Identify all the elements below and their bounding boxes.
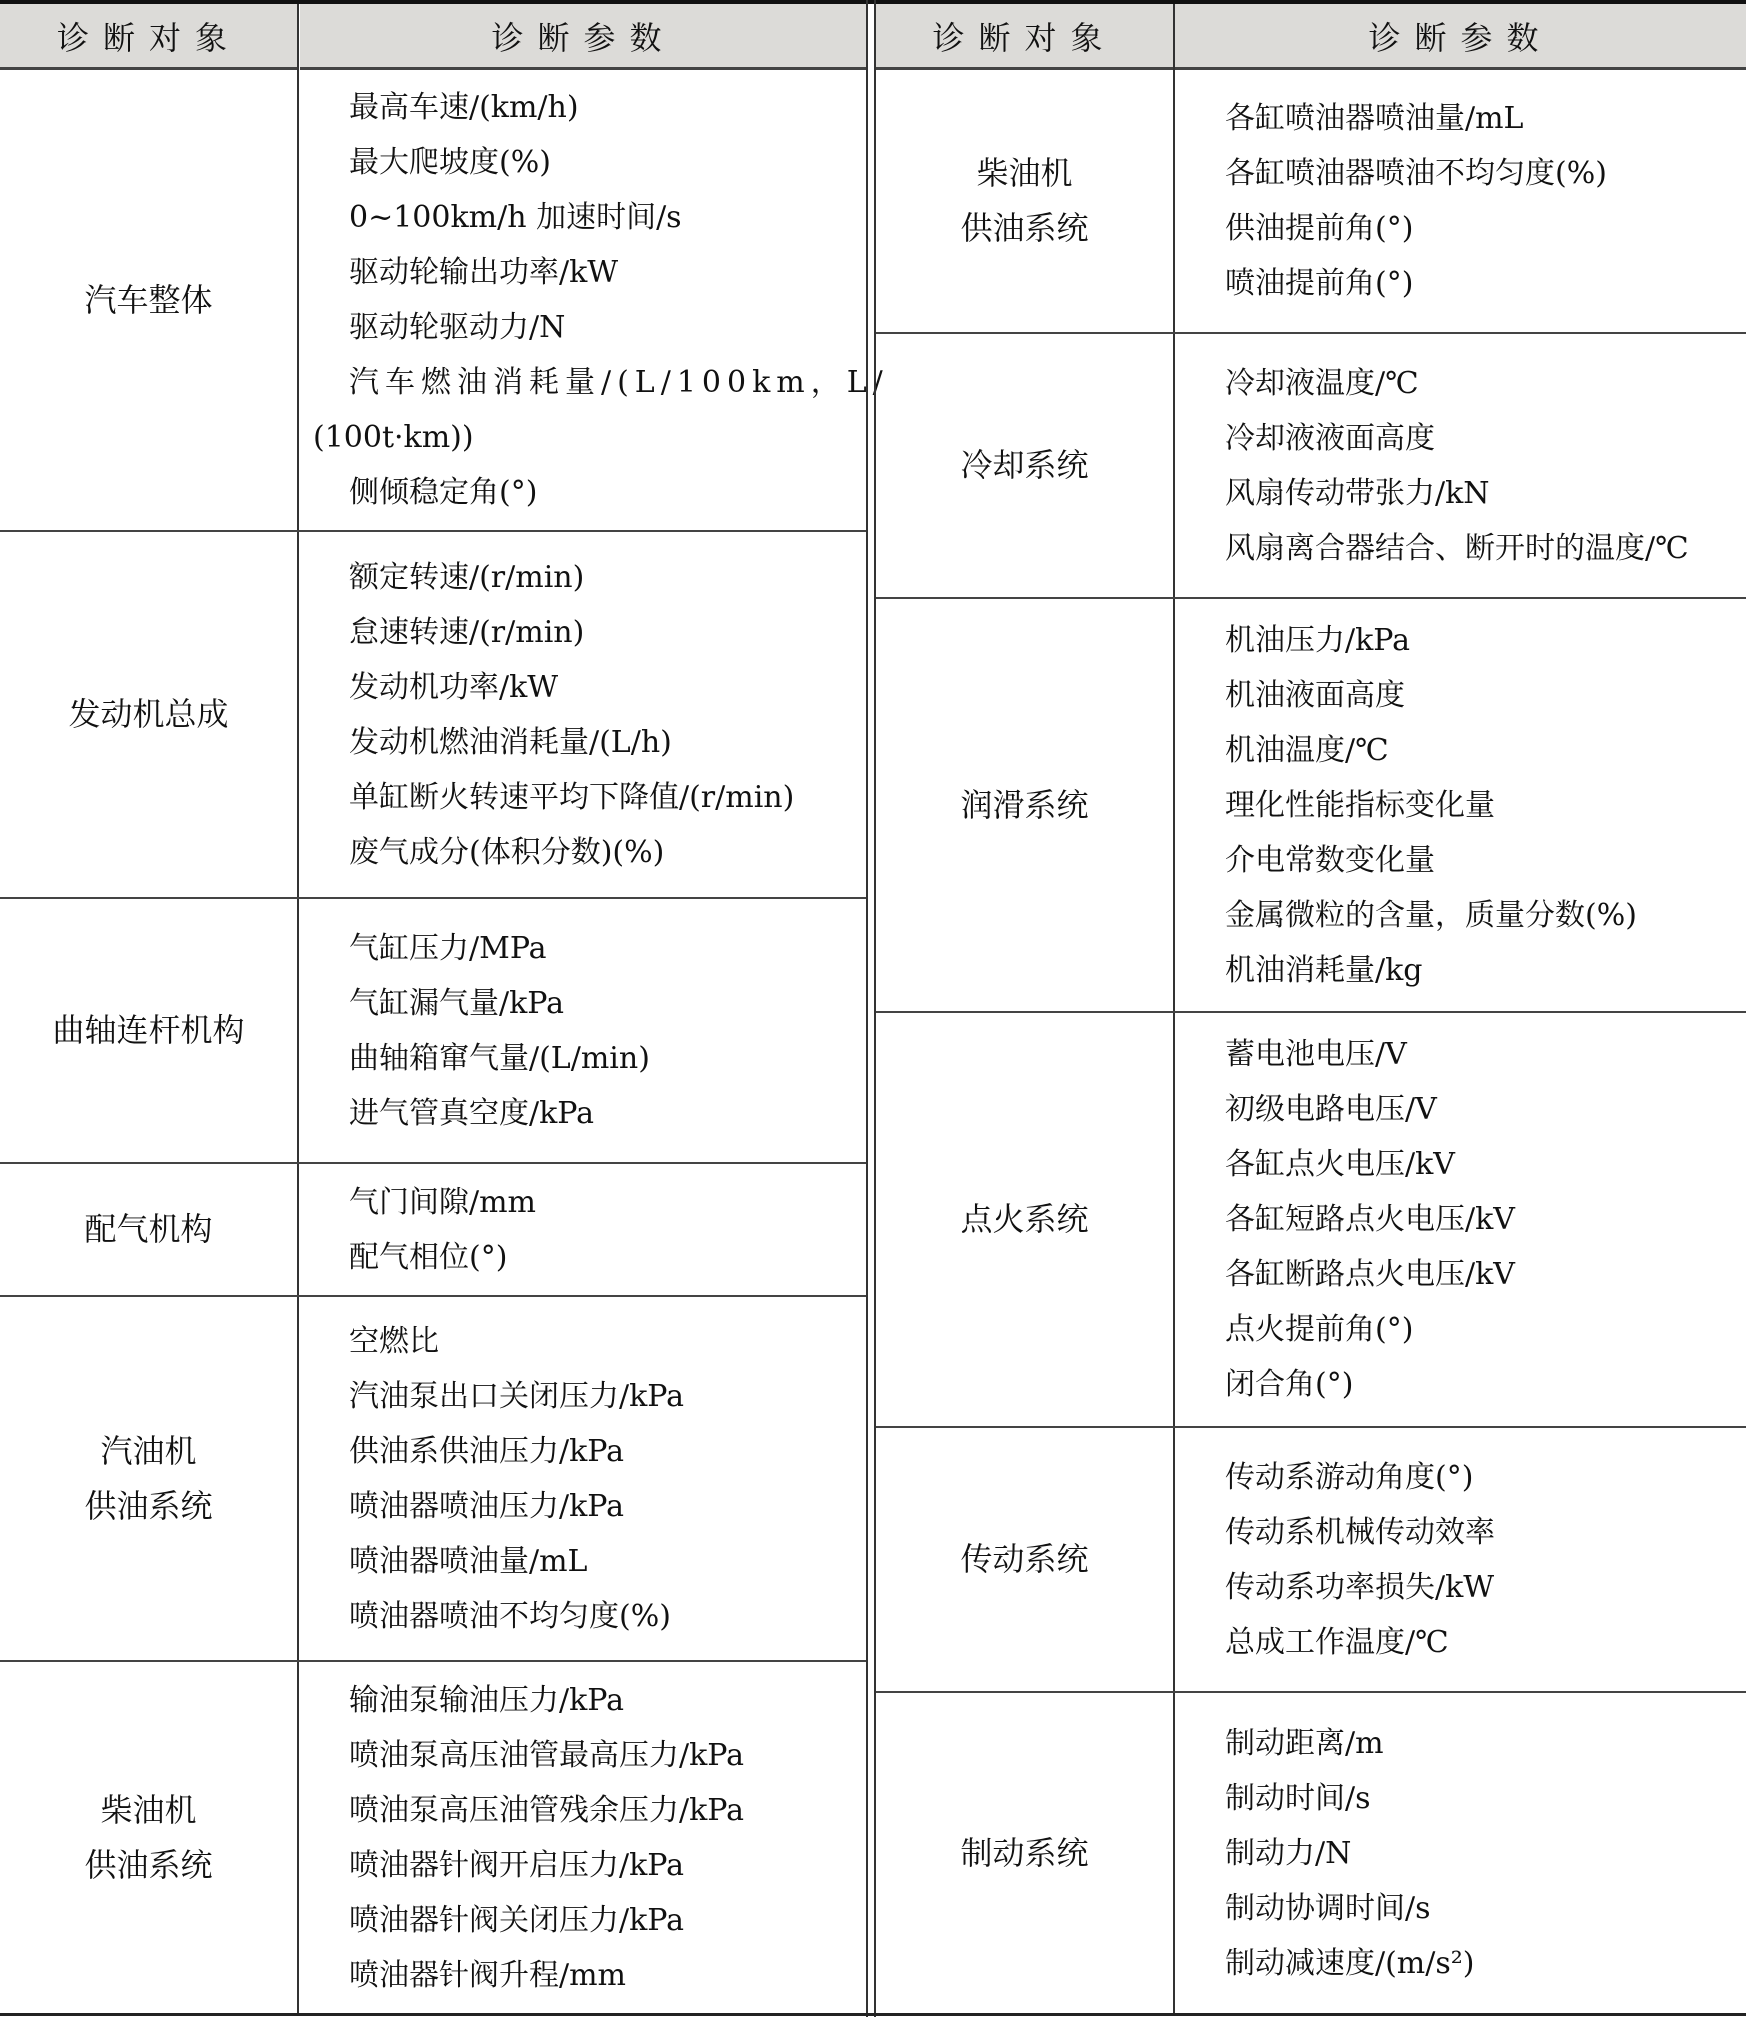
- table-row: 冷却系统 冷却液温度/℃ 冷却液液面高度 风扇传动带张力/kN 风扇离合器结合、…: [876, 334, 1746, 599]
- param: 传动系机械传动效率: [1225, 1505, 1495, 1560]
- param: 气门间隙/mm: [349, 1175, 536, 1230]
- param: 风扇传动带张力/kN: [1225, 466, 1689, 521]
- object-label: 柴油机: [100, 1783, 196, 1838]
- param: 喷油泵高压油管残余压力/kPa: [349, 1783, 744, 1838]
- table-row: 点火系统 蓄电池电压/V 初级电路电压/V 各缸点火电压/kV 各缸短路点火电压…: [876, 1013, 1746, 1428]
- row-object: 汽车整体: [0, 70, 297, 530]
- param: 配气相位(°): [349, 1230, 536, 1285]
- row-params: 各缸喷油器喷油量/mL 各缸喷油器喷油不均匀度(%) 供油提前角(°) 喷油提前…: [1225, 70, 1607, 332]
- param: 蓄电池电压/V: [1225, 1027, 1515, 1082]
- row-object: 曲轴连杆机构: [0, 899, 297, 1162]
- param: 各缸断路点火电压/kV: [1225, 1247, 1515, 1302]
- param: 单缸断火转速平均下降值/(r/min): [349, 770, 794, 825]
- param: 风扇离合器结合、断开时的温度/℃: [1225, 521, 1689, 576]
- param: 机油温度/℃: [1225, 723, 1637, 778]
- table-row: 柴油机 供油系统 输油泵输油压力/kPa 喷油泵高压油管最高压力/kPa 喷油泵…: [0, 1662, 867, 2013]
- row-object: 配气机构: [0, 1164, 297, 1295]
- row-object: 传动系统: [876, 1428, 1173, 1691]
- param: 总成工作温度/℃: [1225, 1615, 1495, 1670]
- object-label: 曲轴连杆机构: [52, 1003, 244, 1058]
- param: 各缸点火电压/kV: [1225, 1137, 1515, 1192]
- row-params: 气门间隙/mm 配气相位(°): [349, 1164, 536, 1295]
- param: 空燃比: [349, 1314, 684, 1369]
- row-object: 发动机总成: [0, 532, 297, 897]
- object-label: 汽油机: [100, 1424, 196, 1479]
- header-object-label: 诊断对象: [57, 13, 241, 59]
- param: 怠速转速/(r/min): [349, 605, 794, 660]
- param: 传动系功率损失/kW: [1225, 1560, 1495, 1615]
- table-row: 传动系统 传动系游动角度(°) 传动系机械传动效率 传动系功率损失/kW 总成工…: [876, 1428, 1746, 1693]
- row-params: 额定转速/(r/min) 怠速转速/(r/min) 发动机功率/kW 发动机燃油…: [349, 532, 794, 897]
- param: 输油泵输油压力/kPa: [349, 1673, 744, 1728]
- panel-separator-left: [866, 0, 868, 2017]
- object-label: 发动机总成: [68, 687, 228, 742]
- param: 点火提前角(°): [1225, 1302, 1515, 1357]
- left-table: 诊断对象 诊断参数 汽车整体 最高车速/(km/h) 最大爬坡度(%) 0~10…: [0, 4, 867, 2013]
- object-label: 润滑系统: [960, 778, 1088, 833]
- param: 最大爬坡度(%): [349, 135, 889, 190]
- table-row: 制动系统 制动距离/m 制动时间/s 制动力/N 制动协调时间/s 制动减速度/…: [876, 1693, 1746, 2013]
- table-row: 柴油机 供油系统 各缸喷油器喷油量/mL 各缸喷油器喷油不均匀度(%) 供油提前…: [876, 70, 1746, 334]
- param: 机油液面高度: [1225, 668, 1637, 723]
- row-params: 气缸压力/MPa 气缸漏气量/kPa 曲轴箱窜气量/(L/min) 进气管真空度…: [349, 899, 650, 1162]
- object-label: 供油系统: [960, 201, 1088, 256]
- param: 额定转速/(r/min): [349, 550, 794, 605]
- param: 进气管真空度/kPa: [349, 1086, 650, 1141]
- header-params-label: 诊断参数: [491, 13, 675, 59]
- object-label: 柴油机: [976, 146, 1072, 201]
- param: 各缸短路点火电压/kV: [1225, 1192, 1515, 1247]
- row-params: 蓄电池电压/V 初级电路电压/V 各缸点火电压/kV 各缸短路点火电压/kV 各…: [1225, 1013, 1515, 1426]
- row-object: 制动系统: [876, 1693, 1173, 2013]
- param: 制动减速度/(m/s²): [1225, 1936, 1475, 1991]
- param: 各缸喷油器喷油量/mL: [1225, 91, 1607, 146]
- table-bottom-rule: [0, 2013, 1746, 2016]
- object-label: 供油系统: [84, 1838, 212, 1893]
- param: 制动距离/m: [1225, 1716, 1475, 1771]
- row-params: 制动距离/m 制动时间/s 制动力/N 制动协调时间/s 制动减速度/(m/s²…: [1225, 1693, 1475, 2013]
- row-params: 机油压力/kPa 机油液面高度 机油温度/℃ 理化性能指标变化量 介电常数变化量…: [1225, 599, 1637, 1011]
- param: 闭合角(°): [1225, 1357, 1515, 1412]
- table-row: 汽油机 供油系统 空燃比 汽油泵出口关闭压力/kPa 供油系供油压力/kPa 喷…: [0, 1297, 867, 1662]
- row-object: 润滑系统: [876, 599, 1173, 1011]
- param: 机油消耗量/kg: [1225, 943, 1637, 998]
- param: 汽油泵出口关闭压力/kPa: [349, 1369, 684, 1424]
- object-label: 供油系统: [84, 1479, 212, 1534]
- row-object: 汽油机 供油系统: [0, 1297, 297, 1660]
- object-label: 点火系统: [960, 1192, 1088, 1247]
- param: 供油系供油压力/kPa: [349, 1424, 684, 1479]
- table-row: 配气机构 气门间隙/mm 配气相位(°): [0, 1164, 867, 1297]
- param: 废气成分(体积分数)(%): [349, 825, 794, 880]
- param: 驱动轮输出功率/kW: [349, 245, 889, 300]
- param: 制动时间/s: [1225, 1771, 1475, 1826]
- param: 喷油器喷油不均匀度(%): [349, 1589, 684, 1644]
- object-label: 传动系统: [960, 1532, 1088, 1587]
- object-label: 制动系统: [960, 1826, 1088, 1881]
- param: 冷却液液面高度: [1225, 411, 1689, 466]
- row-params: 传动系游动角度(°) 传动系机械传动效率 传动系功率损失/kW 总成工作温度/℃: [1225, 1428, 1495, 1691]
- param: 曲轴箱窜气量/(L/min): [349, 1031, 650, 1086]
- param: 介电常数变化量: [1225, 833, 1637, 888]
- header-params: 诊断参数: [1175, 4, 1746, 70]
- param: 气缸漏气量/kPa: [349, 976, 650, 1031]
- param: 制动力/N: [1225, 1826, 1475, 1881]
- param: 喷油泵高压油管最高压力/kPa: [349, 1728, 744, 1783]
- param: 驱动轮驱动力/N: [349, 300, 889, 355]
- param: 喷油器喷油压力/kPa: [349, 1479, 684, 1534]
- row-params: 最高车速/(km/h) 最大爬坡度(%) 0~100km/h 加速时间/s 驱动…: [349, 70, 889, 530]
- row-params: 输油泵输油压力/kPa 喷油泵高压油管最高压力/kPa 喷油泵高压油管残余压力/…: [349, 1662, 744, 2013]
- table-row: 发动机总成 额定转速/(r/min) 怠速转速/(r/min) 发动机功率/kW…: [0, 532, 867, 899]
- param: 侧倾稳定角(°): [349, 465, 889, 520]
- header-object: 诊断对象: [0, 4, 298, 70]
- param: 喷油器喷油量/mL: [349, 1534, 684, 1589]
- header-object-label: 诊断对象: [932, 13, 1116, 59]
- param: 各缸喷油器喷油不均匀度(%): [1225, 146, 1607, 201]
- table-row: 汽车整体 最高车速/(km/h) 最大爬坡度(%) 0~100km/h 加速时间…: [0, 70, 867, 532]
- row-object: 柴油机 供油系统: [0, 1662, 297, 2013]
- param: 初级电路电压/V: [1225, 1082, 1515, 1137]
- param: 发动机燃油消耗量/(L/h): [349, 715, 794, 770]
- row-object: 冷却系统: [876, 334, 1173, 597]
- param: 气缸压力/MPa: [349, 921, 650, 976]
- header-params: 诊断参数: [300, 4, 867, 70]
- param: 金属微粒的含量，质量分数(%): [1225, 888, 1637, 943]
- table-row: 曲轴连杆机构 气缸压力/MPa 气缸漏气量/kPa 曲轴箱窜气量/(L/min)…: [0, 899, 867, 1164]
- param-continuation: (100t·km)): [313, 410, 889, 465]
- param: 最高车速/(km/h): [349, 80, 889, 135]
- param: 制动协调时间/s: [1225, 1881, 1475, 1936]
- table-row: 润滑系统 机油压力/kPa 机油液面高度 机油温度/℃ 理化性能指标变化量 介电…: [876, 599, 1746, 1013]
- object-label: 冷却系统: [960, 438, 1088, 493]
- param: 发动机功率/kW: [349, 660, 794, 715]
- header-params-label: 诊断参数: [1368, 13, 1552, 59]
- param: 喷油器针阀升程/mm: [349, 1948, 744, 2003]
- param: 传动系游动角度(°): [1225, 1450, 1495, 1505]
- right-table: 诊断对象 诊断参数 柴油机 供油系统 各缸喷油器喷油量/mL 各缸喷油器喷油不均…: [876, 4, 1746, 2013]
- param: 供油提前角(°): [1225, 201, 1607, 256]
- param: 0~100km/h 加速时间/s: [349, 190, 889, 245]
- row-params: 空燃比 汽油泵出口关闭压力/kPa 供油系供油压力/kPa 喷油器喷油压力/kP…: [349, 1297, 684, 1660]
- param: 汽车燃油消耗量/(L/100km，L/: [349, 355, 889, 410]
- param: 机油压力/kPa: [1225, 613, 1637, 668]
- param: 冷却液温度/℃: [1225, 356, 1689, 411]
- param: 理化性能指标变化量: [1225, 778, 1637, 833]
- row-params: 冷却液温度/℃ 冷却液液面高度 风扇传动带张力/kN 风扇离合器结合、断开时的温…: [1225, 334, 1689, 597]
- header-object: 诊断对象: [876, 4, 1173, 70]
- param: 喷油提前角(°): [1225, 256, 1607, 311]
- row-object: 柴油机 供油系统: [876, 70, 1173, 332]
- param: 喷油器针阀关闭压力/kPa: [349, 1893, 744, 1948]
- object-label: 汽车整体: [84, 273, 212, 328]
- object-label: 配气机构: [84, 1202, 212, 1257]
- row-object: 点火系统: [876, 1013, 1173, 1426]
- param: 喷油器针阀开启压力/kPa: [349, 1838, 744, 1893]
